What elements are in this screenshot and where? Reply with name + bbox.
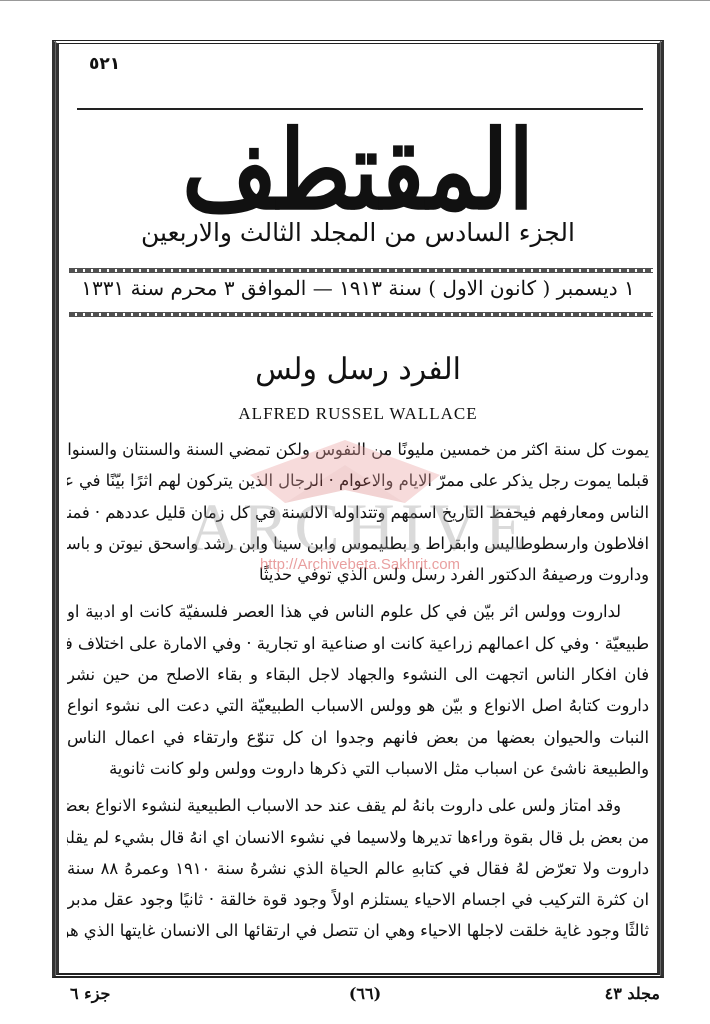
paragraph-3: وقد امتاز ولس على داروت بانهُ لم يقف عند…: [67, 790, 649, 946]
footer-volume: مجلد ٤٣: [605, 984, 660, 1003]
text-line: من بعض بل قال بقوة وراءها تديرها ولاسيما…: [67, 822, 649, 853]
text-line: لداروت وولس اثر بيّن في كل علوم الناس في…: [67, 596, 649, 627]
ornament-rule-top: [69, 268, 653, 273]
text-line: داروت كتابهُ اصل الانواع و بيّن هو وولس …: [67, 690, 649, 721]
page-footer: جزء ٦ (٦٦) مجلد ٤٣: [60, 984, 670, 1014]
footer-page-in-issue: (٦٦): [60, 984, 670, 1003]
text-line: الناس ومعارفهم فيحفظ التاريخ اسمهم وتتدا…: [67, 497, 649, 528]
scan-edge: [0, 0, 710, 1]
text-line: وقد امتاز ولس على داروت بانهُ لم يقف عند…: [67, 790, 649, 821]
masthead-title: المقتطف: [59, 116, 657, 225]
page-frame: ٥٢١ المقتطف الجزء السادس من المجلد الثال…: [52, 40, 664, 978]
text-line: فان افكار الناس اتجهت الى النشوء والجهاد…: [67, 659, 649, 690]
text-line: افلاطون وارسطوطاليس وابقراط و بطليموس وا…: [67, 528, 649, 559]
date-line: ١ ديسمبر ( كانون الاول ) سنة ١٩١٣ — المو…: [79, 276, 637, 300]
text-line: النبات والحيوان بعضها من بعض فانهم وجدوا…: [67, 722, 649, 753]
paragraph-1: يموت كل سنة اكثر من خمسين مليونًا من الن…: [67, 434, 649, 590]
text-line: وداروت ورصيفهُ الدكتور الفرد رسل ولس الذ…: [67, 559, 649, 590]
text-line: ان كثرة التركيب في اجسام الاحياء يستلزم …: [67, 884, 649, 915]
text-line: يموت كل سنة اكثر من خمسين مليونًا من الن…: [67, 434, 649, 465]
paragraph-2: لداروت وولس اثر بيّن في كل علوم الناس في…: [67, 596, 649, 784]
ornament-rule-bottom: [69, 312, 653, 317]
text-line: والطبيعة ناشئ عن اسباب مثل الاسباب التي …: [67, 753, 649, 784]
article-title-english: ALFRED RUSSEL WALLACE: [59, 404, 657, 424]
text-line: ثالثًا وجود غاية خلقت لاجلها الاحياء وهي…: [67, 915, 649, 946]
page-number: ٥٢١: [89, 54, 120, 74]
issue-line: الجزء السادس من المجلد الثالث والاربعين: [59, 218, 657, 247]
text-line: داروت ولا تعرّض لهُ فقال في كتابهِ عالم …: [67, 853, 649, 884]
article-body: يموت كل سنة اكثر من خمسين مليونًا من الن…: [67, 434, 649, 947]
text-line: قبلما يموت رجل يذكر على ممرّ الايام والا…: [67, 465, 649, 496]
article-title-arabic: الفرد رسل ولس: [59, 352, 657, 387]
text-line: طبيعيّة · وفي كل اعمالهم زراعية كانت او …: [67, 628, 649, 659]
